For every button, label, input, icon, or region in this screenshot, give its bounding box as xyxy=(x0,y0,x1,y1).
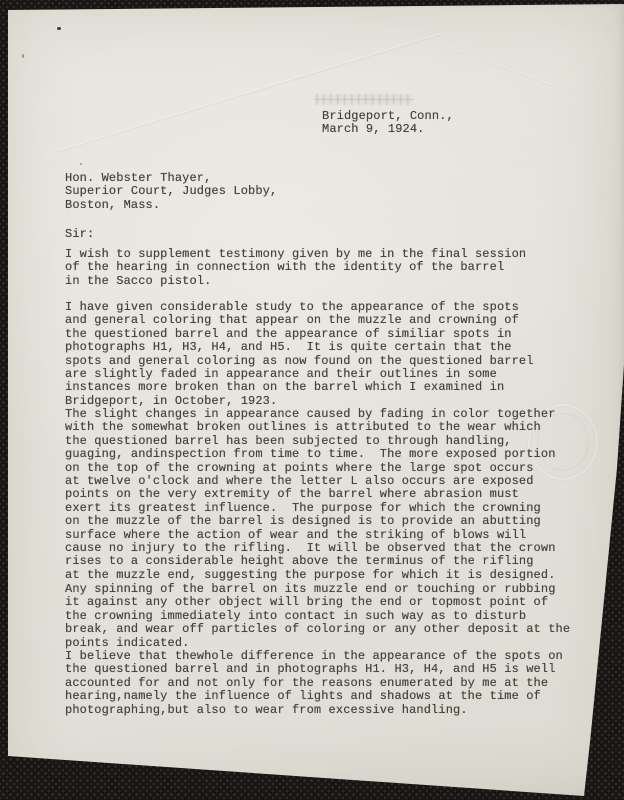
salutation: Sir: xyxy=(65,228,94,241)
letter-page: Bridgeport, Conn., March 9, 1924. Hon. W… xyxy=(0,0,624,800)
scan-background: Bridgeport, Conn., March 9, 1924. Hon. W… xyxy=(0,0,624,800)
letter-paragraph: Any spinning of the barrel on its muzzle… xyxy=(65,583,570,650)
paper-speck xyxy=(80,163,82,165)
paper-speck xyxy=(57,27,61,30)
letter-paragraph: I believe that thewhole difference in th… xyxy=(65,650,563,717)
dateline: Bridgeport, Conn., March 9, 1924. xyxy=(322,110,454,137)
paper-speck xyxy=(22,54,24,58)
diagonal-crease xyxy=(436,42,577,94)
horizontal-fold-crease xyxy=(8,160,618,162)
recipient-address: Hon. Webster Thayer, Superior Court, Jud… xyxy=(65,172,277,212)
letter-paragraph: I wish to supplement testimony given by … xyxy=(65,248,526,288)
letter-paragraph: The slight changes in appearance caused … xyxy=(65,408,556,582)
letter-paragraph: I have given considerable study to the a… xyxy=(65,301,534,408)
erased-typed-text xyxy=(316,94,412,105)
